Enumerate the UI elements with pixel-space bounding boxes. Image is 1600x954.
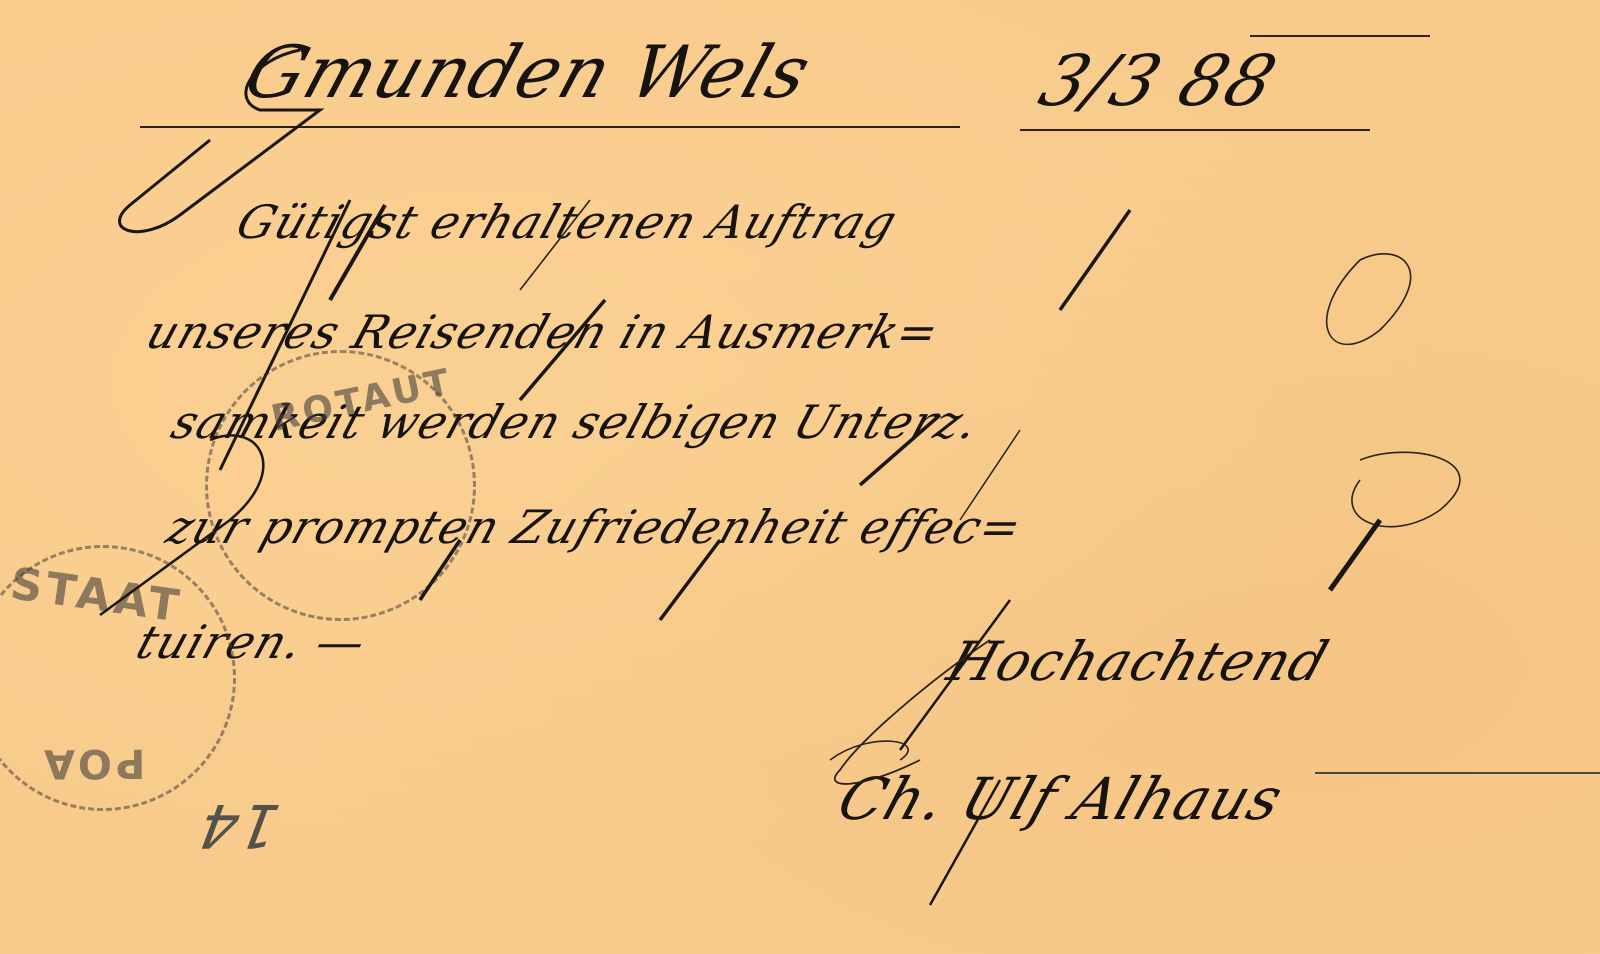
header-date-overline [1250, 35, 1430, 37]
body-line-2: unseres Reisenden in Ausmerk= [140, 305, 947, 359]
pencil-annotation: 14 [194, 790, 285, 860]
signature-rule [1315, 772, 1600, 774]
header-date-underline [1020, 129, 1370, 131]
closing-greeting: Hochachtend [940, 630, 1336, 693]
signature: Ch. Ulf Alhaus [830, 765, 1292, 833]
postcard: Gmunden Wels 3/3 88 Gütigst erhaltenen A… [0, 0, 1600, 954]
header-place: Gmunden Wels [235, 30, 822, 114]
header-place-underline [140, 126, 960, 128]
body-line-1: Gütigst erhaltenen Auftrag [230, 195, 904, 249]
header-date: 3/3 88 [1030, 40, 1287, 122]
postmark-left-subtext: POA [40, 740, 145, 786]
